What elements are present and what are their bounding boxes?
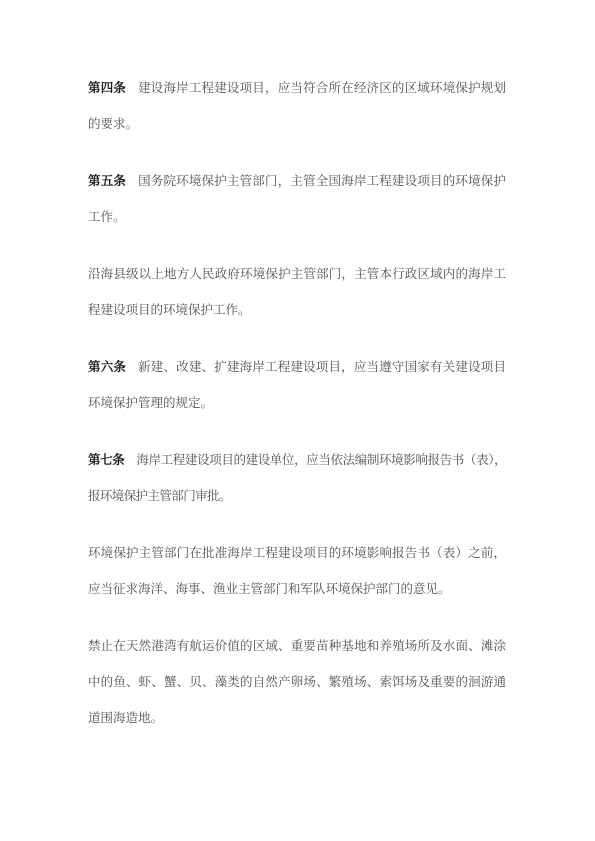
article-number: 第五条	[88, 173, 126, 188]
article-number: 第六条	[88, 359, 126, 374]
article-number: 第四条	[88, 80, 126, 95]
paragraph: 禁止在天然港湾有航运价值的区域、重要苗种基地和养殖场所及水面、滩涂中的鱼、虾、蟹…	[88, 628, 506, 736]
paragraph: 环境保护主管部门在批准海岸工程建设项目的环境影响报告书（表）之前，应当征求海洋、…	[88, 535, 506, 607]
paragraph: 沿海县级以上地方人民政府环境保护主管部门，主管本行政区域内的海岸工程建设项目的环…	[88, 256, 506, 328]
paragraph-text: 海岸工程建设项目的建设单位，应当依法编制环境影响报告书（表），报环境保护主管部门…	[88, 452, 506, 503]
paragraph: 第六条新建、改建、扩建海岸工程建设项目，应当遵守国家有关建设项目环境保护管理的规…	[88, 349, 506, 421]
paragraph: 第七条海岸工程建设项目的建设单位，应当依法编制环境影响报告书（表），报环境保护主…	[88, 442, 506, 514]
document-page: 第四条建设海岸工程建设项目，应当符合所在经济区的区域环境保护规划的要求。第五条国…	[0, 0, 595, 841]
paragraph-text: 国务院环境保护主管部门，主管全国海岸工程建设项目的环境保护工作。	[88, 173, 506, 224]
article-number: 第七条	[88, 452, 124, 467]
paragraph-text: 沿海县级以上地方人民政府环境保护主管部门，主管本行政区域内的海岸工程建设项目的环…	[88, 266, 506, 317]
paragraph: 第四条建设海岸工程建设项目，应当符合所在经济区的区域环境保护规划的要求。	[88, 70, 506, 142]
paragraph-text: 建设海岸工程建设项目，应当符合所在经济区的区域环境保护规划的要求。	[88, 80, 506, 131]
document-body: 第四条建设海岸工程建设项目，应当符合所在经济区的区域环境保护规划的要求。第五条国…	[88, 70, 506, 736]
paragraph: 第五条国务院环境保护主管部门，主管全国海岸工程建设项目的环境保护工作。	[88, 163, 506, 235]
paragraph-text: 新建、改建、扩建海岸工程建设项目，应当遵守国家有关建设项目环境保护管理的规定。	[88, 359, 506, 410]
paragraph-text: 禁止在天然港湾有航运价值的区域、重要苗种基地和养殖场所及水面、滩涂中的鱼、虾、蟹…	[88, 638, 506, 725]
paragraph-text: 环境保护主管部门在批准海岸工程建设项目的环境影响报告书（表）之前，应当征求海洋、…	[88, 545, 506, 596]
